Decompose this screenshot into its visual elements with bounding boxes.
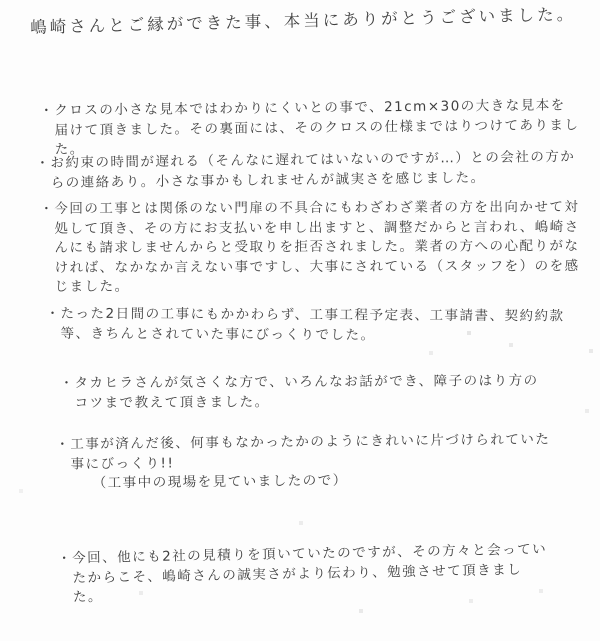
bullet-item-takahira: ・ タカヒラさんが気さくな方で、いろんなお話ができ、障子のはり方のコツまで教えて… (60, 372, 550, 414)
bullet-text: 工事が済んだ後、何事もなかったかのようにきれいに片づけられていた事にびっくり!!… (70, 430, 561, 494)
bullet-text-main: 工事が済んだ後、何事もなかったかのようにきれいに片づけられていた事にびっくり!! (70, 430, 561, 474)
bullet-item-estimates: ・ 今回、他にも2社の見積りを頂いていたのですが、その方々と会っていたからこそ、… (57, 540, 548, 608)
scan-noise (0, 0, 2, 2)
bullet-text: タカヒラさんが気さくな方で、いろんなお話ができ、障子のはり方のコツまで教えて頂き… (74, 372, 550, 414)
bullet-marker: ・ (40, 102, 55, 122)
bullet-subnote: （工事中の現場を見ていましたので） (71, 469, 562, 494)
bullet-text: たった2日間の工事にもかかわらず、工事工程予定表、工事請書、契約約款等、きちんと… (60, 305, 571, 347)
bullet-text: お約束の時間が遅れる（そんなに遅れてはいないのですが…）との会社の方からの連絡あ… (50, 148, 584, 194)
bullet-text: 今回、他にも2社の見積りを頂いていたのですが、その方々と会っていたからこそ、嶋崎… (72, 540, 549, 608)
handwritten-note: 嶋崎さんとご縁ができた事、本当にありがとうございました。 ・ クロスの小さな見本… (0, 0, 600, 641)
note-title: 嶋崎さんとご縁ができた事、本当にありがとうございました。 (30, 2, 585, 39)
bullet-marker: ・ (46, 305, 61, 325)
bullet-text: 今回の工事とは関係のない門扉の不具合にもわざわざ業者の方を出向かせて対処して頂き… (54, 198, 583, 298)
bullet-marker: ・ (60, 374, 75, 394)
bullet-item-documents: ・ たった2日間の工事にもかかわらず、工事工程予定表、工事請書、契約約款等、きち… (46, 305, 571, 347)
bullet-item-cleanup: ・ 工事が済んだ後、何事もなかったかのようにきれいに片づけられていた事にびっくり… (56, 430, 562, 494)
bullet-item-late-call: ・ お約束の時間が遅れる（そんなに遅れてはいないのですが…）との会社の方からの連… (36, 148, 584, 194)
bullet-marker: ・ (56, 435, 71, 455)
bullet-marker: ・ (36, 154, 51, 174)
bullet-marker: ・ (57, 549, 72, 569)
bullet-marker: ・ (40, 200, 55, 220)
bullet-item-gate-repair: ・ 今回の工事とは関係のない門扉の不具合にもわざわざ業者の方を出向かせて対処して… (40, 198, 583, 298)
